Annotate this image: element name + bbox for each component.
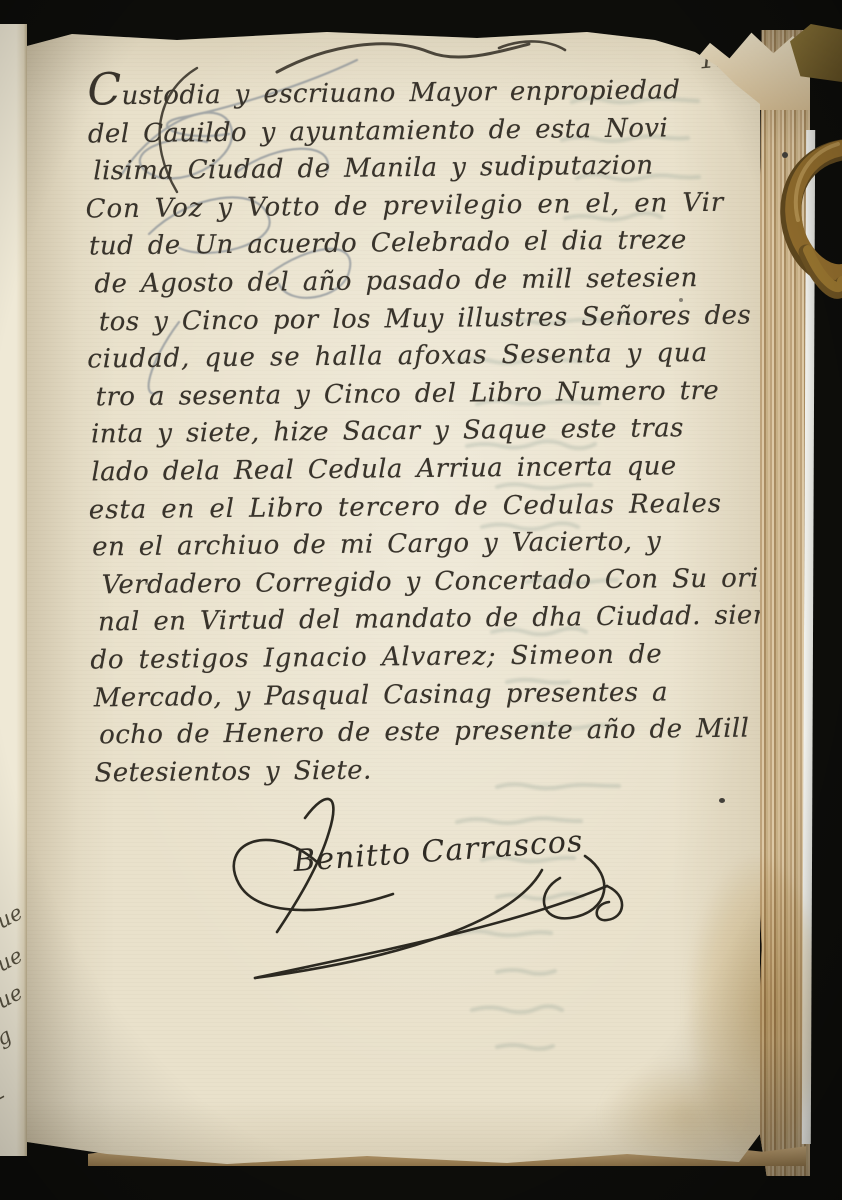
water-stain [600,1060,770,1170]
ink-speck [679,298,683,302]
manuscript-line: lisima Ciudad de Manila y sudiputazion [93,147,744,191]
manuscript-line: en el archiuo de mi Cargo y Vacierto, y [92,523,748,567]
manuscript-line: ocho de Henero de este presente año de M… [99,711,750,755]
ink-speck [145,582,148,585]
manuscript-line: do testigos Ignacio Alvarez; Simeon de [90,635,749,679]
manuscript-line: Custodia y escriuano Mayor enpropiedad [87,65,743,116]
manuscript-line: Setesientos y Siete. [94,748,750,792]
manuscript-page: Custodia y escriuano Mayor enpropiedadde… [27,22,760,1168]
ink-speck [719,798,725,803]
dirt-speck [782,152,788,158]
signature-flourish [177,792,677,1012]
manuscript-line: lado dela Real Cedula Arriua incerta que [91,448,747,492]
photo-backdrop: ueueueg- [0,0,842,1200]
facing-page-sliver: ueueueg- [0,24,27,1156]
signature: Benitto Carrascos [292,824,584,879]
manuscript-text-block: Custodia y escriuano Mayor enpropiedadde… [87,65,751,793]
manuscript-line: ciudad, que se halla afoxas Sesenta y qu… [87,335,746,379]
manuscript-line: de Agosto del año pasado de mill setesie… [94,260,745,304]
